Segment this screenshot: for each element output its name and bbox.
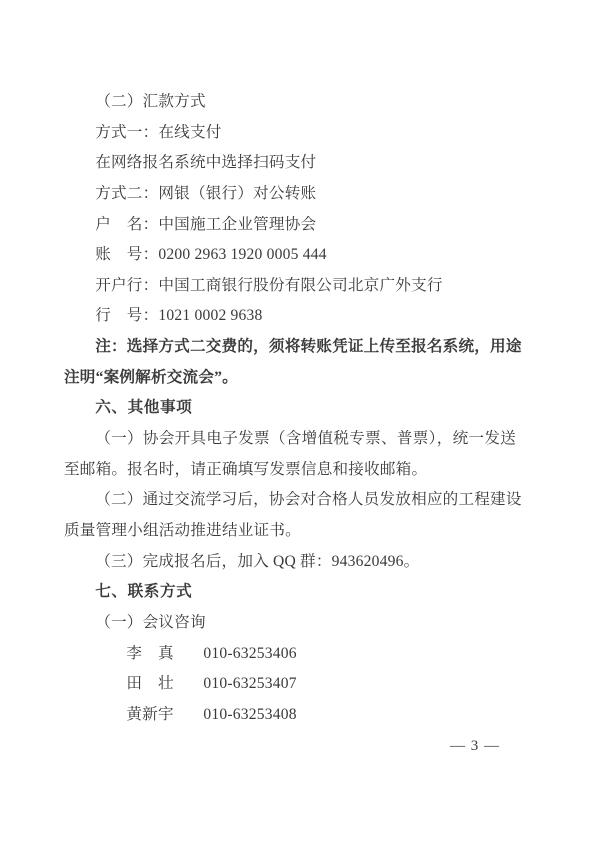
contact-name: 黄新宇 xyxy=(95,700,142,731)
line-section-7-heading: 七、联系方式 xyxy=(64,577,516,608)
line-note-part-2: 注明“案例解析交流会”。 xyxy=(64,363,516,394)
contact-phone: 010-63253408 xyxy=(172,700,297,731)
contact-name: 田 壮 xyxy=(95,669,142,700)
line-note-part-1: 注：选择方式二交费的，须将转账凭证上传至报名系统，用途 xyxy=(64,332,516,363)
contact-name: 李 真 xyxy=(95,639,142,670)
line-account-name: 户 名：中国施工企业管理协会 xyxy=(64,210,516,241)
line-bank-name: 开户行：中国工商银行股份有限公司北京广外支行 xyxy=(64,271,516,302)
line-account-number: 账 号：0200 2963 1920 0005 444 xyxy=(64,240,516,271)
line-bank-code: 行 号：1021 0002 9638 xyxy=(64,301,516,332)
contact-phone: 010-63253406 xyxy=(172,639,297,670)
line-item-certificate-part-2: 质量管理小组活动推进结业证书。 xyxy=(64,516,516,547)
line-item-qq-group: （三）完成报名后，加入 QQ 群：943620496。 xyxy=(64,547,516,578)
contact-row: 黄新宇010-63253408 xyxy=(64,700,516,731)
contact-phone: 010-63253407 xyxy=(172,669,297,700)
line-section-6-heading: 六、其他事项 xyxy=(64,393,516,424)
line-payment-method-1-desc: 在网络报名系统中选择扫码支付 xyxy=(64,148,516,179)
contact-row: 李 真010-63253406 xyxy=(64,639,516,670)
line-meeting-consult-heading: （一）会议咨询 xyxy=(64,608,516,639)
page-number: — 3 — xyxy=(450,736,500,756)
line-item-certificate-part-1: （二）通过交流学习后，协会对合格人员发放相应的工程建设 xyxy=(64,485,516,516)
line-payment-method-1: 方式一：在线支付 xyxy=(64,118,516,149)
line-item-invoice-part-2: 至邮箱。报名时，请正确填写发票信息和接收邮箱。 xyxy=(64,455,516,486)
line-item-invoice-part-1: （一）协会开具电子发票（含增值税专票、普票），统一发送 xyxy=(64,424,516,455)
document-body: （二）汇款方式 方式一：在线支付 在网络报名系统中选择扫码支付 方式二：网银（银… xyxy=(64,87,516,730)
contact-row: 田 壮010-63253407 xyxy=(64,669,516,700)
line-payment-method-2: 方式二：网银（银行）对公转账 xyxy=(64,179,516,210)
document-page: （二）汇款方式 方式一：在线支付 在网络报名系统中选择扫码支付 方式二：网银（银… xyxy=(0,0,595,842)
line-remittance-heading: （二）汇款方式 xyxy=(64,87,516,118)
